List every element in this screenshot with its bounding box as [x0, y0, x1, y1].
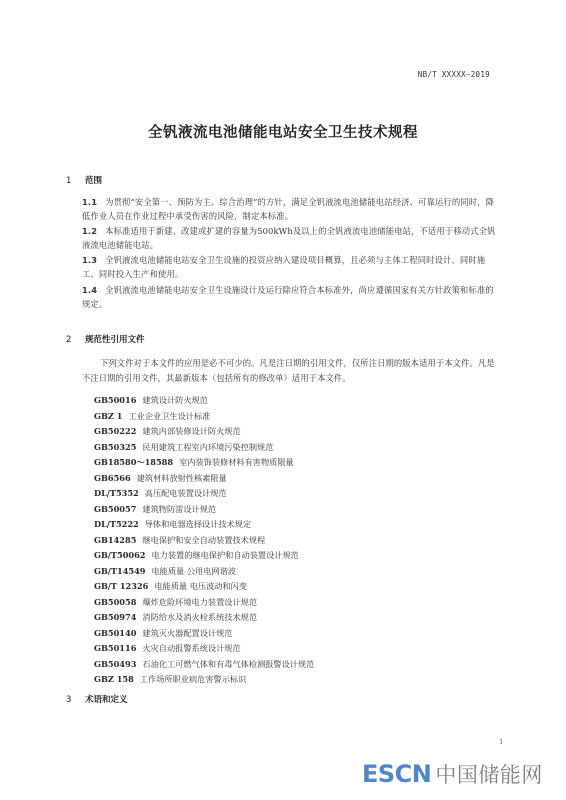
- reference-code: DL/T5352: [94, 488, 139, 498]
- reference-code: GB6566: [94, 473, 131, 483]
- reference-name: 电能质量 公用电网谐波: [151, 566, 235, 576]
- reference-name: 消防给水及消火栓系统技术规范: [142, 612, 257, 622]
- standard-code: NB/T XXXXX—2019: [418, 70, 490, 79]
- reference-name: 建筑物防雷设计规范: [142, 504, 216, 514]
- section-heading-normative-references: 2 规范性引用文件: [66, 333, 144, 345]
- section-heading-scope: 1 范围: [66, 174, 102, 186]
- reference-item: GB14285继电保护和安全自动装置技术规程: [94, 533, 314, 549]
- reference-code: GB50974: [94, 612, 136, 622]
- reference-name: 电能质量 电压波动和闪变: [154, 581, 247, 591]
- reference-name: 室内装饰装修材料有害物质限量: [179, 457, 294, 467]
- clause-1-1: 1.1为贯彻“安全第一、预防为主、综合治理”的方针，满足全钒液流电池储能电站经济…: [82, 195, 500, 224]
- reference-code: GB50116: [94, 643, 136, 653]
- reference-item: DL/T5352高压配电装置设计规范: [94, 486, 314, 502]
- clause-id: 1.2: [82, 226, 97, 236]
- reference-code: DL/T5222: [94, 519, 139, 529]
- reference-item: GB50140建筑灭火器配置设计规范: [94, 626, 314, 642]
- reference-name: 建筑材料放射性核素限量: [137, 473, 227, 483]
- escn-watermark-logo: ESCN 中国储能网: [362, 760, 543, 788]
- reference-item: GB50116火灾自动报警系统设计规范: [94, 641, 314, 657]
- clause-1-4: 1.4全钒液流电池储能电站安全卫生设施设计及运行除应符合本标准外，尚应遵循国家有…: [82, 283, 500, 312]
- reference-code: GB/T14549: [94, 566, 145, 576]
- reference-code: GB50222: [94, 426, 136, 436]
- reference-code: GB18580～18588: [94, 457, 173, 467]
- reference-name: 继电保护和安全自动装置技术规程: [142, 535, 265, 545]
- clause-1-2: 1.2本标准适用于新建、改建或扩建的容量为500kWh及以上的全钒液流电池储能电…: [82, 224, 500, 253]
- watermark-chinese-text: 中国储能网: [435, 759, 543, 789]
- clause-id: 1.1: [82, 197, 97, 207]
- page-number: 1: [499, 738, 503, 746]
- reference-code: GB14285: [94, 535, 136, 545]
- reference-item: GB50016建筑设计防火规范: [94, 393, 314, 409]
- reference-name: 工作场所职业病危害警示标识: [140, 674, 246, 684]
- references-intro: 下列文件对于本文件的应用是必不可少的。凡是注日期的引用文件，仅所注日期的版本适用…: [82, 356, 502, 385]
- reference-item: GB/T 12326电能质量 电压波动和闪变: [94, 579, 314, 595]
- clause-text: 本标准适用于新建、改建或扩建的容量为500kWh及以上的全钒液流电池储能电站，不…: [82, 226, 496, 250]
- section-title: 术语和定义: [85, 695, 128, 705]
- reference-item: GB18580～18588室内装饰装修材料有害物质限量: [94, 455, 314, 471]
- section-title: 范围: [85, 176, 102, 186]
- section-heading-terms-definitions: 3 术语和定义: [66, 693, 127, 705]
- clause-id: 1.4: [82, 285, 97, 295]
- clause-1-3: 1.3全钒液流电池储能电站安全卫生设施的投资应纳入建设项目概算，且必须与主体工程…: [82, 253, 500, 282]
- reference-name: 建筑灭火器配置设计规范: [142, 628, 232, 638]
- clause-id: 1.3: [82, 255, 97, 265]
- reference-item: GB50974消防给水及消火栓系统技术规范: [94, 610, 314, 626]
- reference-code: GB/T50062: [94, 550, 145, 560]
- reference-name: 民用建筑工程室内环境污染控制规范: [142, 442, 273, 452]
- reference-name: 火灾自动报警系统设计规范: [142, 643, 240, 653]
- reference-code: GB50016: [94, 395, 136, 405]
- clause-text: 全钒液流电池储能电站安全卫生设施设计及运行除应符合本标准外，尚应遵循国家有关方针…: [82, 285, 494, 309]
- reference-code: GBZ 158: [94, 674, 134, 684]
- reference-name: 爆炸危险环境电力装置设计规范: [142, 597, 257, 607]
- reference-item: GB50493石油化工可燃气体和有毒气体检测报警设计规范: [94, 657, 314, 673]
- section-number: 1: [66, 176, 82, 186]
- reference-item: GB6566建筑材料放射性核素限量: [94, 471, 314, 487]
- reference-code: GB/T 12326: [94, 581, 148, 591]
- section-title: 规范性引用文件: [85, 335, 145, 345]
- reference-code: GB50325: [94, 442, 136, 452]
- reference-code: GB50493: [94, 659, 136, 669]
- reference-name: 高压配电装置设计规范: [145, 488, 227, 498]
- reference-code: GB50058: [94, 597, 136, 607]
- reference-item: GBZ 1工业企业卫生设计标准: [94, 409, 314, 425]
- clause-text: 全钒液流电池储能电站安全卫生设施的投资应纳入建设项目概算，且必须与主体工程同时设…: [82, 255, 485, 279]
- reference-item: GB/T50062电力装置的继电保护和自动装置设计规范: [94, 548, 314, 564]
- reference-name: 电力装置的继电保护和自动装置设计规范: [151, 550, 298, 560]
- reference-code: GB50057: [94, 504, 136, 514]
- reference-item: GBZ 158工作场所职业病危害警示标识: [94, 672, 314, 688]
- reference-name: 建筑内部装修设计防火规范: [142, 426, 240, 436]
- reference-item: GB50057建筑物防雷设计规范: [94, 502, 314, 518]
- reference-name: 石油化工可燃气体和有毒气体检测报警设计规范: [142, 659, 314, 669]
- reference-item: GB/T14549电能质量 公用电网谐波: [94, 564, 314, 580]
- reference-name: 建筑设计防火规范: [142, 395, 208, 405]
- reference-code: GBZ 1: [94, 411, 122, 421]
- reference-name: 工业企业卫生设计标准: [128, 411, 210, 421]
- section-number: 2: [66, 335, 82, 345]
- clause-text: 为贯彻“安全第一、预防为主、综合治理”的方针，满足全钒液流电池储能电站经济、可靠…: [82, 197, 494, 221]
- section-number: 3: [66, 695, 82, 705]
- reference-item: GB50325民用建筑工程室内环境污染控制规范: [94, 440, 314, 456]
- document-title: 全钒液流电池储能电站安全卫生技术规程: [0, 121, 566, 142]
- reference-code: GB50140: [94, 628, 136, 638]
- reference-list: GB50016建筑设计防火规范 GBZ 1工业企业卫生设计标准 GB50222建…: [94, 393, 314, 688]
- watermark-latin-label: ESCN: [362, 760, 431, 788]
- reference-item: DL/T5222导体和电器选择设计技术规定: [94, 517, 314, 533]
- reference-name: 导体和电器选择设计技术规定: [145, 519, 251, 529]
- watermark-latin-text: ESCN: [362, 760, 431, 788]
- reference-item: GB50222建筑内部装修设计防火规范: [94, 424, 314, 440]
- reference-item: GB50058爆炸危险环境电力装置设计规范: [94, 595, 314, 611]
